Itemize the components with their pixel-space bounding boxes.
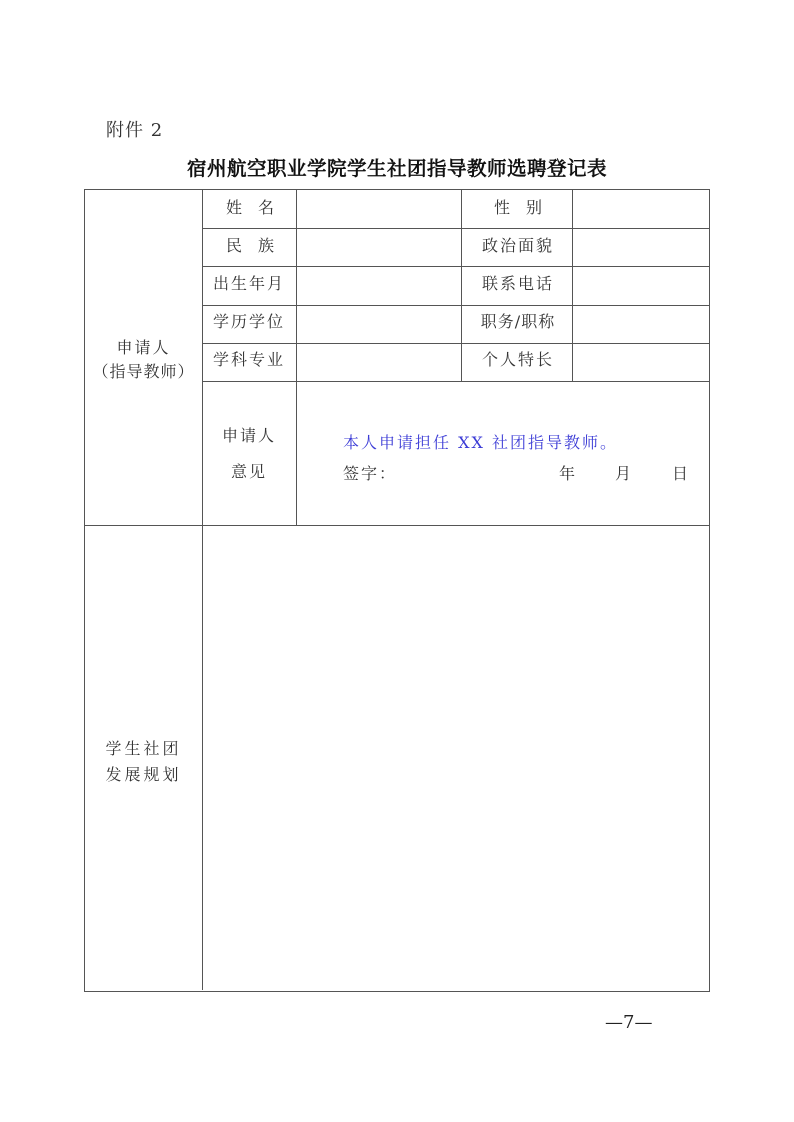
applicant-label-line1: 申请人 xyxy=(85,336,202,360)
attachment-label: 附件 2 xyxy=(106,116,163,142)
phone-field[interactable] xyxy=(574,267,708,304)
education-label: 学历学位 xyxy=(202,309,296,332)
plan-label-line1: 学生社团 xyxy=(85,736,202,762)
divider xyxy=(202,381,710,382)
education-field[interactable] xyxy=(298,306,460,342)
opinion-label: 申请人 意见 xyxy=(202,418,296,490)
ethnicity-field[interactable] xyxy=(298,229,460,265)
divider xyxy=(85,525,710,526)
gender-field[interactable] xyxy=(574,191,708,227)
ethnicity-label: 民族 xyxy=(211,233,305,256)
political-status-label: 政治面貌 xyxy=(463,233,573,256)
page-title: 宿州航空职业学院学生社团指导教师选聘登记表 xyxy=(0,153,794,181)
year-label: 年 xyxy=(559,461,575,484)
phone-label: 联系电话 xyxy=(463,271,573,294)
registration-form-table: 申请人 （指导教师） 姓名 性别 民族 政治面貌 出生年月 联系电话 学历学位 … xyxy=(84,189,710,992)
opinion-field[interactable]: 本人申请担任 XX 社团指导教师。 签字： 年 月 日 xyxy=(298,383,709,524)
political-status-field[interactable] xyxy=(574,229,708,265)
major-label: 学科专业 xyxy=(202,347,296,370)
opinion-statement: 本人申请担任 XX 社团指导教师。 xyxy=(343,430,618,453)
development-plan-field[interactable] xyxy=(204,527,709,990)
development-plan-label: 学生社团 发展规划 xyxy=(85,736,202,788)
gender-label: 性别 xyxy=(471,195,581,218)
opinion-label-line2: 意见 xyxy=(202,454,296,490)
divider xyxy=(461,190,462,382)
position-title-label: 职务/职称 xyxy=(463,309,573,332)
major-field[interactable] xyxy=(298,344,460,380)
applicant-section-label: 申请人 （指导教师） xyxy=(85,336,202,384)
applicant-label-line2: （指导教师） xyxy=(85,360,202,384)
birth-date-label: 出生年月 xyxy=(202,271,296,294)
position-title-field[interactable] xyxy=(574,306,708,342)
page-number: —7— xyxy=(605,1012,652,1033)
birth-date-field[interactable] xyxy=(298,267,460,304)
signature-label: 签字： xyxy=(343,461,397,484)
day-label: 日 xyxy=(672,461,688,484)
plan-label-line2: 发展规划 xyxy=(85,762,202,788)
specialty-label: 个人特长 xyxy=(463,347,573,370)
specialty-field[interactable] xyxy=(574,344,708,380)
opinion-label-line1: 申请人 xyxy=(202,418,296,454)
name-label: 姓名 xyxy=(211,195,305,218)
month-label: 月 xyxy=(615,461,631,484)
name-field[interactable] xyxy=(298,191,460,227)
